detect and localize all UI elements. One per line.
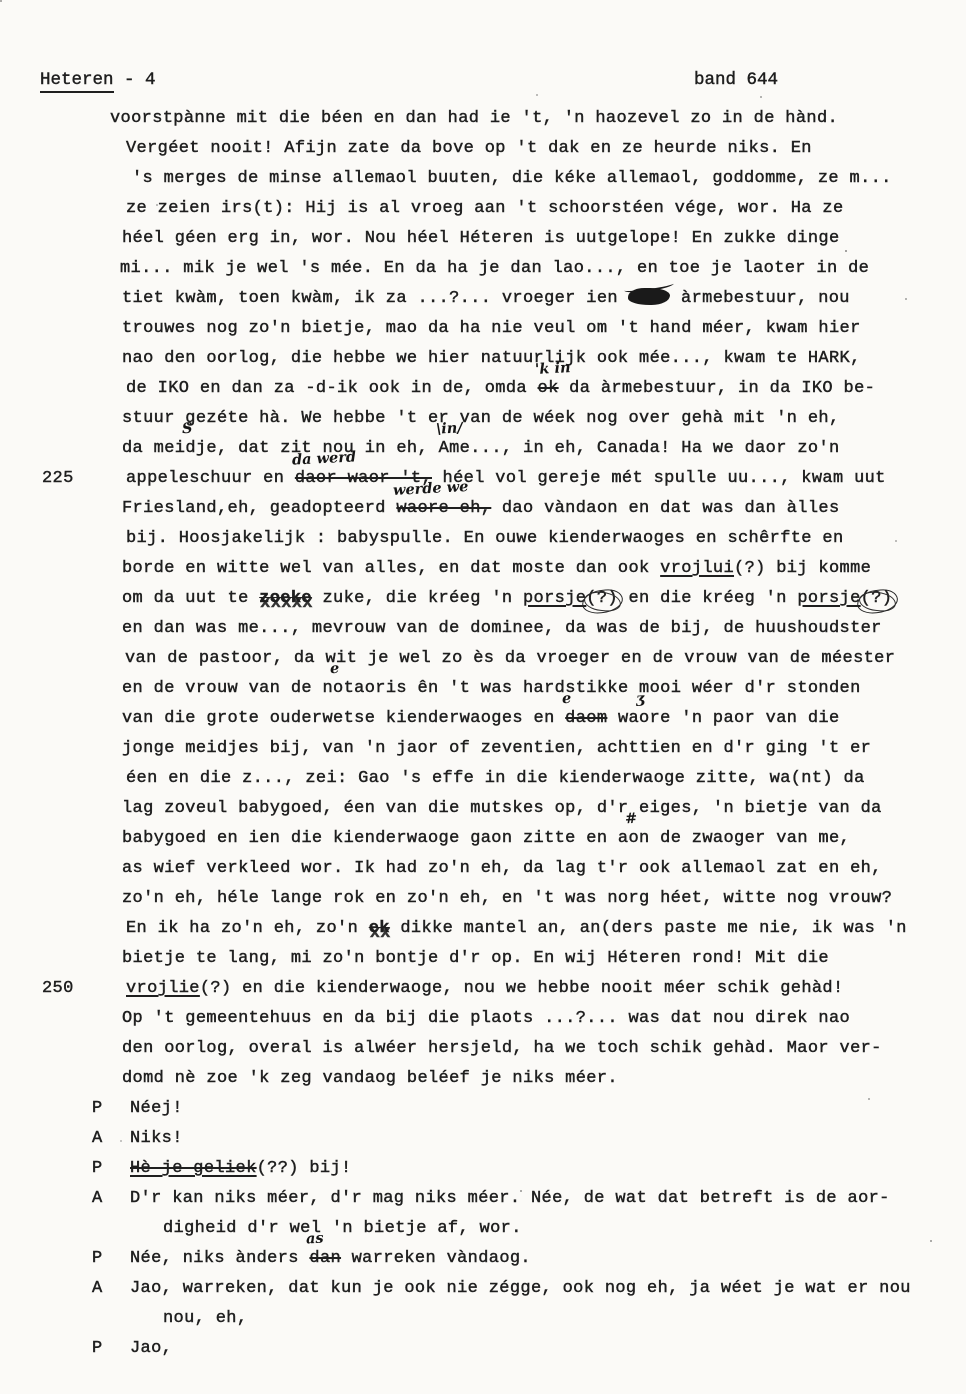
line-text: Née, niks ànders danas warreken vàndaog. <box>130 1244 531 1274</box>
text-segment: den oorlog, overal is alwéer hersjeld, h… <box>122 1039 882 1058</box>
text-segment: borde en witte wel van alles, en dat mos… <box>122 559 660 578</box>
text-line: tiet kwàm, toen kwàm, ik za ...?... vroe… <box>0 284 966 314</box>
annotated-text-segment: zoekexxxxx <box>259 589 312 608</box>
text-segment: dikke mantel an, an(ders paste me nie, i… <box>390 919 907 938</box>
speaker-label: A <box>92 1274 103 1304</box>
text-segment: domd nè zoe 'k zeg vandaog beléef je nik… <box>122 1069 618 1088</box>
text-segment: oʒ <box>639 709 650 728</box>
text-segment: jonge meidjes bij, van 'n jaor of zevent… <box>122 739 871 758</box>
speaker-label: P <box>92 1094 103 1124</box>
text-segment: trouwes nog zo'n bietje, mao da ha nie v… <box>122 319 861 338</box>
scan-speck <box>0 0 2 2</box>
text-line: 's merges de minse allemaol buuten, die … <box>0 164 966 194</box>
text-line: en de vrouw van de noetaoris ên 't was h… <box>0 674 966 704</box>
text-segment: dao vàndaon en dat was dan àlles <box>491 499 839 518</box>
text-line: AD'r kan niks méer, d'r mag niks méer. N… <box>0 1184 966 1214</box>
text-segment: lag zoveul babygoed, éen van die mutskes… <box>122 799 882 818</box>
line-text: Vergéet nooit! Afijn zate da bove op 't … <box>126 134 812 164</box>
text-line: borde en witte wel van alles, en dat mos… <box>0 554 966 584</box>
text-segment: (?) en die kienderwaoge, nou we hebbe no… <box>200 979 844 998</box>
annotated-text-segment: porsje <box>797 589 860 608</box>
text-line: as wief verkleed wor. Ik had zo'n eh, da… <box>0 854 966 884</box>
text-segment: (?) bij komme <box>734 559 871 578</box>
line-text: stuur gezéte hà. We hebbe 't er van de w… <box>122 404 840 434</box>
line-text: héel géen erg in, wor. Nou héel Héteren … <box>122 224 840 254</box>
text-line: AJao, warreken, dat kun je ook nie zégge… <box>0 1274 966 1304</box>
text-line: Friesland,eh, geadopteerd waore eh,werde… <box>0 494 966 524</box>
line-text: domd nè zoe 'k zeg vandaog beléef je nik… <box>122 1064 618 1094</box>
line-text: éen en die z..., zei: Gao 's effe in die… <box>126 764 865 794</box>
text-segment: dS <box>185 439 196 458</box>
line-text: zo'n eh, héle lange rok en zo'n eh, en '… <box>122 884 892 914</box>
text-segment: héel vol gereje mét spulle uu..., kwam u… <box>432 469 886 488</box>
line-text: om da uut te zoekexxxxx zuke, die kréeg … <box>122 584 892 614</box>
text-segment: bietje te lang, mi zo'n bontje d'r op. E… <box>122 949 829 968</box>
tape-band-label: band 644 <box>694 70 778 90</box>
text-segment: nao den oorlog, die hebbe we hier natuur… <box>122 349 861 368</box>
text-line: ANiks! <box>0 1124 966 1154</box>
line-text: Néej! <box>130 1094 183 1124</box>
text-segment: oe <box>333 679 344 698</box>
ink-scribble-blot <box>628 288 670 305</box>
text-line: héel géen erg in, wor. Nou héel Héteren … <box>0 224 966 254</box>
text-segment: Op 't gemeentehuus en da bij die plaots … <box>122 1009 850 1028</box>
text-line: trouwes nog zo'n bietje, mao da ha nie v… <box>0 314 966 344</box>
annotated-text-segment: (?) <box>861 589 893 608</box>
text-segment: van de pastoor, da wit je wel zo ès da v… <box>125 649 895 668</box>
annotated-text-segment: waore eh,werde we <box>396 499 491 518</box>
line-text: mi... mik je wel 's mée. En da ha je dan… <box>120 254 869 284</box>
line-text: da meidSje, dat zit nou in eh, Ame...\in… <box>122 434 840 464</box>
annotated-text-segment: ekxx <box>369 919 390 938</box>
line-text: trouwes nog zo'n bietje, mao da ha nie v… <box>122 314 861 344</box>
text-line: bij. Hoosjakelijk : babyspulle. En ouwe … <box>0 524 966 554</box>
line-text: Niks! <box>130 1124 183 1154</box>
line-text: borde en witte wel van alles, en dat mos… <box>122 554 871 584</box>
text-segment: taoris ên 't was hardstikke mooi wéer d'… <box>344 679 861 698</box>
page-title-number: - 4 <box>114 70 156 90</box>
line-text: nao den oorlog, die hebbe we hier natuur… <box>122 344 861 374</box>
text-segment: re 'n paor van die <box>650 709 840 728</box>
annotated-text-segment: danas <box>309 1249 341 1268</box>
text-segment: babygoed en ien die kienderwaoge gaon zi… <box>122 829 628 848</box>
line-text: tiet kwàm, toen kwàm, ik za ...?... vroe… <box>122 284 850 314</box>
text-segment: Néej! <box>130 1099 183 1118</box>
text-line: 250vrojlie(?) en die kienderwaoge, nou w… <box>0 974 966 1004</box>
speaker-label: P <box>92 1244 103 1274</box>
text-segment: Niks! <box>130 1129 183 1148</box>
text-line: Op 't gemeentehuus en da bij die plaots … <box>0 1004 966 1034</box>
text-line: mi... mik je wel 's mée. En da ha je dan… <box>0 254 966 284</box>
handwritten-annotation: # <box>625 812 638 827</box>
text-segment: voorstpànne mit die béen en dan had ie '… <box>110 109 838 128</box>
annotated-text-segment: Hè je geliek <box>130 1159 257 1178</box>
text-segment: digheid d'r wel 'n bietje af, wor. <box>163 1219 522 1238</box>
text-segment: Ame...\in/ <box>439 439 502 458</box>
text-line: éen en die z..., zei: Gao 's effe in die… <box>0 764 966 794</box>
text-segment: n de zwaoger van me, <box>639 829 850 848</box>
text-line: nao den oorlog, die hebbe we hier natuur… <box>0 344 966 374</box>
text-segment: (??) bij! <box>257 1159 352 1178</box>
text-line: 225appeleschuur en daor waor 't,da werd … <box>0 464 966 494</box>
speaker-label: P <box>92 1154 103 1184</box>
line-text: nou, eh, <box>163 1304 247 1334</box>
typewritten-transcript-page: Heteren - 4 band 644 voorstpànne mit die… <box>0 0 966 1394</box>
line-text: babygoed en ien die kienderwaoge gaon zi… <box>122 824 850 854</box>
text-line: voorstpànne mit die béen en dan had ie '… <box>0 104 966 134</box>
speaker-label: A <box>92 1124 103 1154</box>
text-segment: en de vrouw van de n <box>122 679 333 698</box>
line-text: Jao, <box>130 1334 172 1364</box>
text-segment: zuke, die kréeg 'n <box>312 589 523 608</box>
text-line: om da uut te zoekexxxxx zuke, die kréeg … <box>0 584 966 614</box>
text-segment: van die grote ouderwetse kienderwaoges e… <box>122 709 565 728</box>
speaker-label: A <box>92 1184 103 1214</box>
text-line: domd nè zoe 'k zeg vandaog beléef je nik… <box>0 1064 966 1094</box>
text-segment: En ik ha zo'n eh, zo'n <box>126 919 369 938</box>
text-line: PNéej! <box>0 1094 966 1124</box>
text-line: van die grote ouderwetse kienderwaoges e… <box>0 704 966 734</box>
line-text: en de vrouw van de noetaoris ên 't was h… <box>122 674 861 704</box>
text-segment: Jao, warreken, dat kun je ook nie zégge,… <box>130 1279 911 1298</box>
text-segment: Née, niks ànders <box>130 1249 309 1268</box>
text-segment: , in eh, Canada! Ha we daor zo'n <box>502 439 840 458</box>
text-segment: mi... mik je wel 's mée. En da ha je dan… <box>120 259 869 278</box>
handwritten-annotation: e <box>330 662 340 677</box>
text-line: nou, eh, <box>0 1304 966 1334</box>
line-text: jonge meidjes bij, van 'n jaor of zevent… <box>122 734 871 764</box>
text-segment: 's merges de minse allemaol buuten, die … <box>132 169 892 188</box>
text-line: Vergéet nooit! Afijn zate da bove op 't … <box>0 134 966 164</box>
text-segment: bij. Hoosjakelijk : babyspulle. En ouwe … <box>126 529 844 548</box>
text-segment: da mei <box>122 439 185 458</box>
text-segment: appeleschuur en <box>126 469 295 488</box>
text-line: babygoed en ien die kienderwaoge gaon zi… <box>0 824 966 854</box>
line-text: Hè je geliek(??) bij! <box>130 1154 352 1184</box>
text-segment: zo'n eh, héle lange rok en zo'n eh, en '… <box>122 889 892 908</box>
text-segment: as wief verkleed wor. Ik had zo'n eh, da… <box>122 859 882 878</box>
handwritten-annotation: ʒ <box>636 692 645 707</box>
text-segment: Friesland,eh, geadopteerd <box>122 499 396 518</box>
text-segment: warreken vàndaog. <box>341 1249 531 1268</box>
line-text: Friesland,eh, geadopteerd waore eh,werde… <box>122 494 840 524</box>
line-text: En ik ha zo'n eh, zo'n ekxx dikke mantel… <box>126 914 907 944</box>
annotated-text-segment: porsje <box>523 589 586 608</box>
text-line: den oorlog, overal is alwéer hersjeld, h… <box>0 1034 966 1064</box>
handwritten-annotation: as <box>306 1232 324 1247</box>
text-line: PJao, <box>0 1334 966 1364</box>
annotated-text-segment: (?) <box>586 589 618 608</box>
text-line: digheid d'r wel 'n bietje af, wor. <box>0 1214 966 1244</box>
text-line: en dan was me..., mevrouw van de dominee… <box>0 614 966 644</box>
handwritten-annotation: \in/ <box>435 421 462 437</box>
line-text: en dan was me..., mevrouw van de dominee… <box>122 614 882 644</box>
text-segment: da àrmebestuur, in da IKO be- <box>559 379 876 398</box>
text-segment: àrmebestuur, nou <box>670 289 849 308</box>
page-title-word: Heteren <box>40 70 114 93</box>
text-line: da meidSje, dat zit nou in eh, Ame...\in… <box>0 434 966 464</box>
text-segment: héel géen erg in, wor. Nou héel Héteren … <box>122 229 840 248</box>
text-line: zo'n eh, héle lange rok en zo'n eh, en '… <box>0 884 966 914</box>
line-text: de IKO en dan za -d-ik ook in de, omda o… <box>126 374 875 404</box>
speaker-label: P <box>92 1334 103 1364</box>
text-line: PHè je geliek(??) bij! <box>0 1154 966 1184</box>
text-segment: Jao, <box>130 1339 172 1358</box>
handwritten-annotation: da werd <box>291 450 356 468</box>
text-line: ze zeien irs(t): Hij is al vroeg aan 't … <box>0 194 966 224</box>
text-line: de IKO en dan za -d-ik ook in de, omda o… <box>0 374 966 404</box>
line-text: van die grote ouderwetse kienderwaoges e… <box>122 704 840 734</box>
line-text: Jao, warreken, dat kun je ook nie zégge,… <box>130 1274 911 1304</box>
text-segment: en die kréeg 'n <box>618 589 797 608</box>
text-segment: nou, eh, <box>163 1309 247 1328</box>
text-segment: o# <box>628 829 639 848</box>
text-segment: wa <box>607 709 639 728</box>
line-text: bietje te lang, mi zo'n bontje d'r op. E… <box>122 944 829 974</box>
annotated-text-segment: vrojlui <box>660 559 734 578</box>
line-text: van de pastoor, da wit je wel zo ès da v… <box>125 644 895 674</box>
annotated-text-segment: ok'k in <box>538 379 559 398</box>
annotated-text-segment: daome <box>565 709 607 728</box>
page-title: Heteren - 4 <box>40 70 156 90</box>
margin-line-number: 225 <box>42 464 74 494</box>
text-segment: éen en die z..., zei: Gao 's effe in die… <box>126 769 865 788</box>
line-text: bij. Hoosjakelijk : babyspulle. En ouwe … <box>126 524 844 554</box>
line-text: Op 't gemeentehuus en da bij die plaots … <box>122 1004 850 1034</box>
text-segment: stuur gezéte hà. We hebbe 't er van de w… <box>122 409 840 428</box>
text-line: jonge meidjes bij, van 'n jaor of zevent… <box>0 734 966 764</box>
handwritten-annotation: S <box>182 422 193 437</box>
line-text: ze zeien irs(t): Hij is al vroeg aan 't … <box>126 194 844 224</box>
text-segment: Vergéet nooit! Afijn zate da bove op 't … <box>126 139 812 158</box>
text-line: van de pastoor, da wit je wel zo ès da v… <box>0 644 966 674</box>
annotated-text-segment: vrojlie <box>126 979 200 998</box>
handwritten-annotation: e <box>562 692 572 707</box>
text-line: lag zoveul babygoed, éen van die mutskes… <box>0 794 966 824</box>
handwritten-annotation: werde we <box>393 480 469 498</box>
text-segment: ze zeien irs(t): Hij is al vroeg aan 't … <box>126 199 844 218</box>
margin-line-number: 250 <box>42 974 74 1004</box>
text-segment: om da uut te <box>122 589 259 608</box>
line-text: digheid d'r wel 'n bietje af, wor. <box>163 1214 522 1244</box>
text-line: En ik ha zo'n eh, zo'n ekxx dikke mantel… <box>0 914 966 944</box>
line-text: as wief verkleed wor. Ik had zo'n eh, da… <box>122 854 882 884</box>
text-line: PNée, niks ànders danas warreken vàndaog… <box>0 1244 966 1274</box>
line-text: voorstpànne mit die béen en dan had ie '… <box>110 104 838 134</box>
text-segment: en dan was me..., mevrouw van de dominee… <box>122 619 882 638</box>
text-segment: D'r kan niks méer, d'r mag niks méer. Né… <box>130 1189 890 1208</box>
line-text: D'r kan niks méer, d'r mag niks méer. Né… <box>130 1184 890 1214</box>
line-text: 's merges de minse allemaol buuten, die … <box>132 164 892 194</box>
text-segment: tiet kwàm, toen kwàm, ik za ...?... vroe… <box>122 289 628 308</box>
line-text: vrojlie(?) en die kienderwaoge, nou we h… <box>126 974 844 1004</box>
text-line: stuur gezéte hà. We hebbe 't er van de w… <box>0 404 966 434</box>
text-segment: de IKO en dan za -d-ik ook in de, omda <box>126 379 538 398</box>
line-text: den oorlog, overal is alwéer hersjeld, h… <box>122 1034 882 1064</box>
line-text: lag zoveul babygoed, éen van die mutskes… <box>122 794 882 824</box>
handwritten-annotation: 'k in <box>534 361 570 377</box>
line-text: appeleschuur en daor waor 't,da werd hée… <box>126 464 886 494</box>
text-line: bietje te lang, mi zo'n bontje d'r op. E… <box>0 944 966 974</box>
